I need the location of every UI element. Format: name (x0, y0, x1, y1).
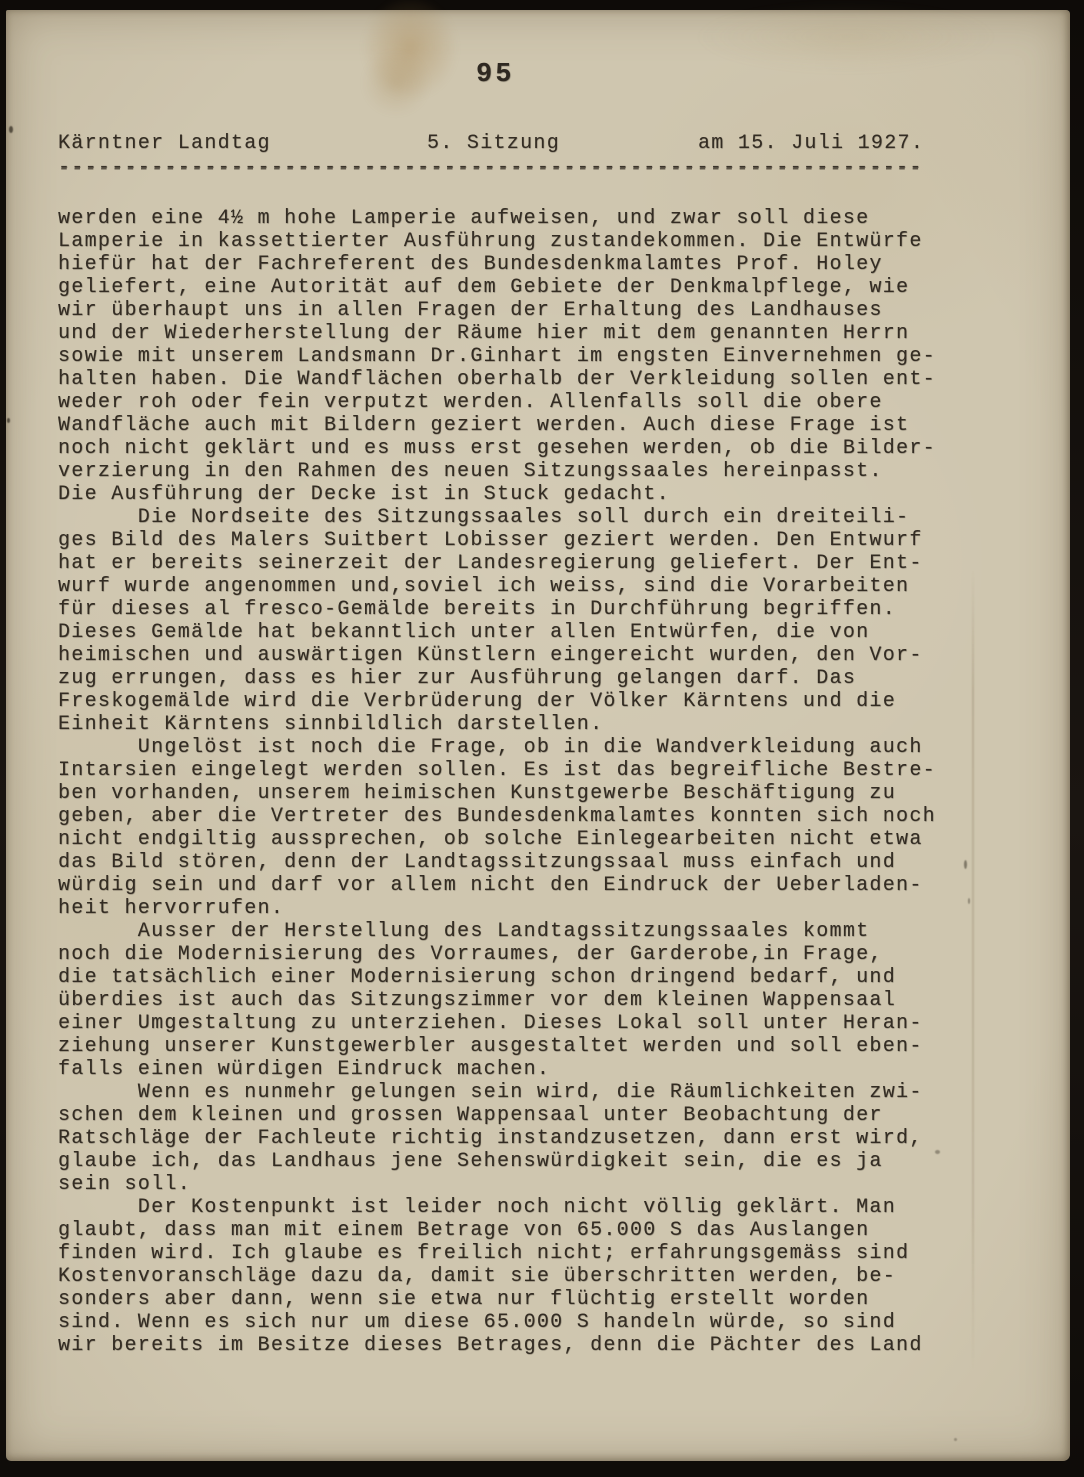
page-number: 95 (476, 60, 514, 90)
ink-speck (954, 1438, 957, 1441)
scan-frame: 95 Kärntner Landtag 5. Sitzung am 15. Ju… (0, 0, 1084, 1477)
document-page: 95 Kärntner Landtag 5. Sitzung am 15. Ju… (6, 10, 1070, 1461)
paper-stain (362, 50, 430, 116)
header-divider-dashes: ----------------------------------------… (58, 156, 938, 179)
page-header: Kärntner Landtag 5. Sitzung am 15. Juli … (6, 131, 1070, 157)
body-text: werden eine 4½ m hohe Lamperie aufweisen… (58, 207, 1018, 1357)
header-session-date: am 15. Juli 1927. (698, 131, 924, 157)
paper-stain (696, 2, 996, 72)
header-session-number: 5. Sitzung (427, 131, 560, 157)
header-session-body: Kärntner Landtag (58, 131, 271, 157)
ink-speck (7, 418, 10, 423)
paper-stain (362, 0, 458, 100)
